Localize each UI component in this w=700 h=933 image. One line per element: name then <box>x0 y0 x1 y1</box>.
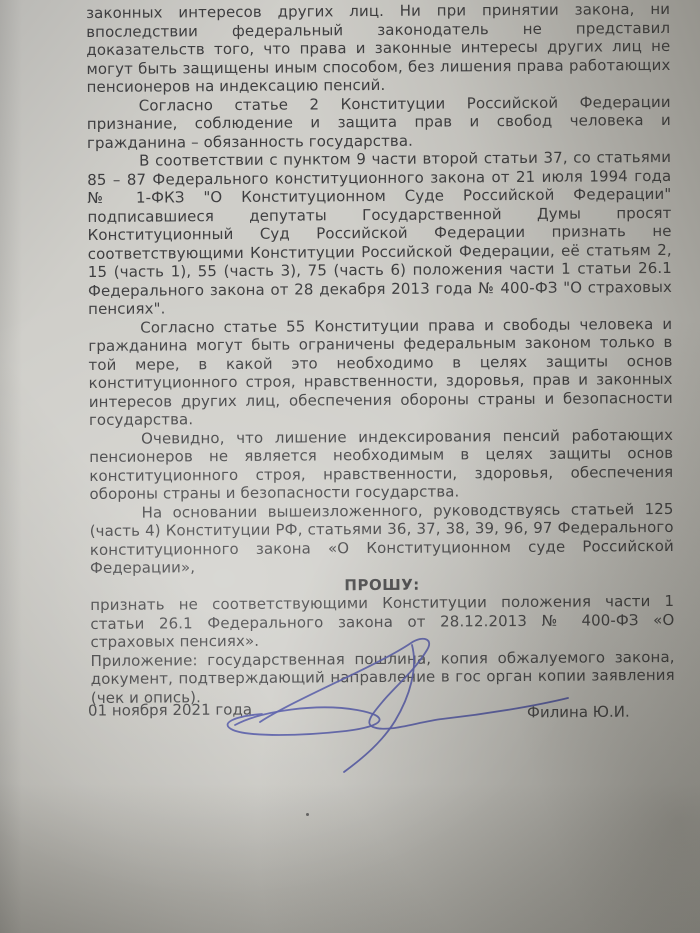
page-text: законных интересов других лиц. Ни при пр… <box>86 0 675 707</box>
paragraph: Согласно статье 55 Конституции права и с… <box>88 314 673 429</box>
document-photo: законных интересов других лиц. Ни при пр… <box>0 0 700 933</box>
signature-ink <box>205 626 585 776</box>
paragraph: В соответствии с пунктом 9 части второй … <box>87 148 672 319</box>
paragraph-continuation: законных интересов других лиц. Ни при пр… <box>86 0 671 96</box>
paragraph: Согласно статье 2 Конституции Российской… <box>87 92 671 152</box>
paragraph: Очевидно, что лишение индексирования пен… <box>89 425 674 503</box>
paragraph: На основании вышеизложенного, руководств… <box>89 499 674 577</box>
paper-speck <box>306 813 309 816</box>
